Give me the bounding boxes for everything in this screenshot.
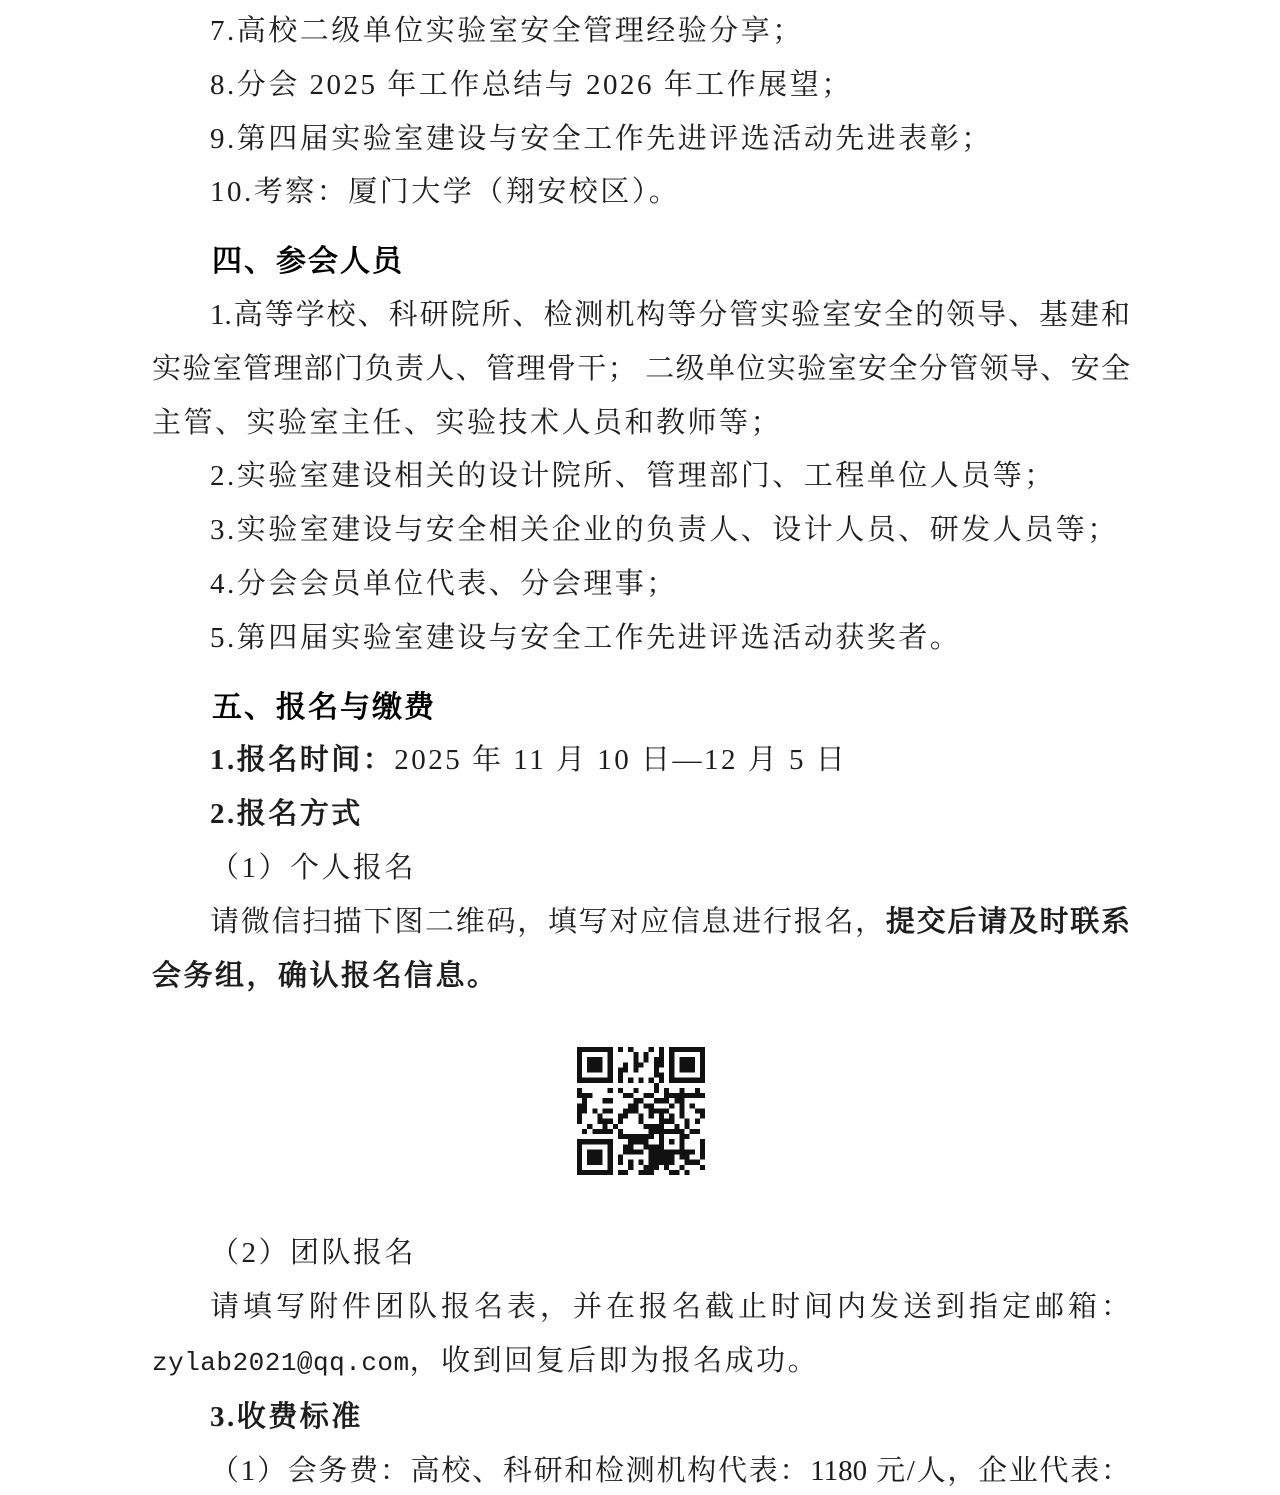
paragraph-line: 1.报名时间：2025 年 11 月 10 日—12 月 5 日 (152, 734, 1130, 788)
text-segment: ，收到回复后即为报名成功。 (410, 1345, 820, 1377)
text-segment: 主管、实验室主任、实验技术人员和教师等； (152, 407, 782, 439)
list-item: 2.实验室建设相关的设计院所、管理部门、工程单位人员等； (152, 450, 1130, 504)
text-segment: 2.报名方式 (210, 798, 363, 830)
list-item: 10.考察：厦门大学（翔安校区）。 (152, 166, 1130, 220)
paragraph-line: （1）会务费：高校、科研和检测机构代表：1180 元/人，企业代表： (152, 1445, 1130, 1495)
text-segment: 10.考察：厦门大学（翔安校区）。 (210, 176, 680, 208)
text-segment: 提交后请及时联系 (886, 906, 1130, 938)
paragraph-line: 请微信扫描下图二维码，填写对应信息进行报名，提交后请及时联系 (152, 896, 1130, 950)
text-segment: （1）个人报名 (210, 852, 416, 884)
paragraph-line: zylab2021@qq.com，收到回复后即为报名成功。 (152, 1335, 1130, 1391)
paragraph-line: 会务组，确认报名信息。 (152, 950, 1130, 1004)
paragraph-line: （1）个人报名 (152, 842, 1130, 896)
text-segment: 9.第四届实验室建设与安全工作先进评选活动先进表彰； (210, 123, 993, 155)
text-segment: 1.报名时间： (210, 744, 394, 776)
email-address: zylab2021@qq.com (152, 1348, 410, 1378)
text-segment: （2）团队报名 (210, 1237, 416, 1269)
paragraph-line: 实验室管理部门负责人、管理骨干； 二级单位实验室安全分管领导、安全 (152, 343, 1130, 397)
paragraph-line: 1.高等学校、科研院所、检测机构等分管实验室安全的领导、基建和 (152, 289, 1130, 343)
text-segment: 8.分会 2025 年工作总结与 2026 年工作展望； (210, 69, 853, 101)
text-segment: 四、参会人员 (212, 245, 404, 278)
qr-container (152, 1047, 1130, 1175)
paragraph-line: 主管、实验室主任、实验技术人员和教师等； (152, 397, 1130, 451)
text-segment: 请微信扫描下图二维码，填写对应信息进行报名， (210, 906, 886, 938)
text-segment: 请填写附件团队报名表，并在报名截止时间内发送到指定邮箱： (210, 1291, 1130, 1323)
paragraph-line: 2.报名方式 (152, 788, 1130, 842)
text-segment: 2.实验室建设相关的设计院所、管理部门、工程单位人员等； (210, 460, 1056, 492)
document-page: 7.高校二级单位实验室安全管理经验分享；8.分会 2025 年工作总结与 202… (0, 0, 1280, 1495)
text-segment: 2025 年 11 月 10 日—12 月 5 日 (394, 744, 847, 776)
list-item: 7.高校二级单位实验室安全管理经验分享； (152, 5, 1130, 59)
text-segment: 会务组，确认报名信息。 (152, 960, 499, 992)
text-segment: 实验室管理部门负责人、管理骨干； 二级单位实验室安全分管领导、安全 (152, 353, 1130, 385)
text-segment: 7.高校二级单位实验室安全管理经验分享； (210, 15, 804, 47)
list-item: 3.实验室建设与安全相关企业的负责人、设计人员、研发人员等； (152, 504, 1130, 558)
list-item: 9.第四届实验室建设与安全工作先进评选活动先进表彰； (152, 113, 1130, 167)
list-item: 4.分会会员单位代表、分会理事； (152, 558, 1130, 612)
list-item: 5.第四届实验室建设与安全工作先进评选活动获奖者。 (152, 612, 1130, 666)
text-segment: 5.第四届实验室建设与安全工作先进评选活动获奖者。 (210, 622, 961, 654)
paragraph-line: （2）团队报名 (152, 1227, 1130, 1281)
paragraph-line: 3.收费标准 (152, 1391, 1130, 1445)
registration-wechat-qr-code (577, 1047, 705, 1175)
list-item: 8.分会 2025 年工作总结与 2026 年工作展望； (152, 59, 1130, 113)
text-segment: 4.分会会员单位代表、分会理事； (210, 568, 678, 600)
text-segment: 五、报名与缴费 (212, 691, 436, 724)
text-segment: 3.实验室建设与安全相关企业的负责人、设计人员、研发人员等； (210, 514, 1119, 546)
paragraph-line: 请填写附件团队报名表，并在报名截止时间内发送到指定邮箱： (152, 1281, 1130, 1335)
section-heading: 五、报名与缴费 (152, 681, 1130, 735)
section-heading: 四、参会人员 (152, 235, 1130, 289)
text-segment: （1）会务费：高校、科研和检测机构代表：1180 元/人，企业代表： (210, 1455, 1130, 1487)
text-segment: 1.高等学校、科研院所、检测机构等分管实验室安全的领导、基建和 (210, 299, 1130, 331)
text-segment: 3.收费标准 (210, 1401, 363, 1433)
